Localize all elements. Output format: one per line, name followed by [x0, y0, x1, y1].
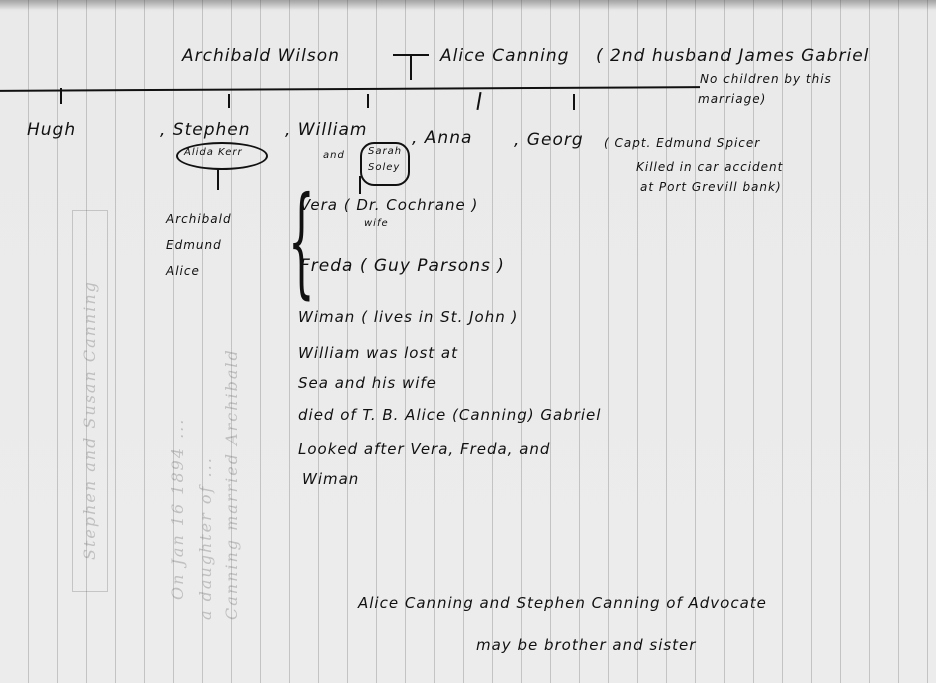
page-edge-shadow: [0, 0, 936, 10]
note-line: Sea and his wife: [298, 374, 437, 392]
child-anna: , Anna: [412, 128, 472, 148]
child-william: , William: [285, 120, 368, 140]
drop-line: [573, 94, 575, 110]
marriage-stem: [410, 54, 412, 80]
faded-text: Canning married Archibald: [222, 348, 241, 620]
father-name: Archibald Wilson: [182, 46, 340, 66]
spouse-sarah-soley: Soley: [368, 162, 400, 173]
ruled-paper: [0, 0, 936, 683]
child-hugh: Hugh: [27, 120, 76, 140]
note-line: died of T. B. Alice (Canning) Gabriel: [298, 406, 601, 424]
note-line: Looked after Vera, Freda, and: [298, 440, 550, 458]
child-stephen: , Stephen: [160, 120, 251, 140]
grandchild: Alice: [166, 264, 200, 278]
spouse-sarah-soley: Sarah: [368, 146, 402, 157]
william-child: Wiman ( lives in St. John ): [298, 308, 518, 326]
faded-text: On Jan 16 1894 ...: [168, 418, 187, 600]
grandchild: Edmund: [166, 238, 222, 252]
faded-text: Stephen and Susan Canning: [80, 280, 99, 560]
drop-line: [60, 88, 62, 104]
mother-note: ( 2nd husband James Gabriel: [596, 46, 869, 66]
william-child-note: wife: [364, 218, 389, 229]
footer-line: Alice Canning and Stephen Canning of Adv…: [358, 594, 767, 612]
and-label: and: [323, 150, 345, 161]
william-child: Freda ( Guy Parsons ): [300, 256, 505, 276]
william-descent: [359, 176, 361, 194]
mother-note: No children by this: [700, 72, 832, 86]
drop-line: [228, 94, 230, 108]
footer-line: may be brother and sister: [476, 636, 696, 654]
note-line: William was lost at: [298, 344, 458, 362]
georg-note: ( Capt. Edmund Spicer: [604, 136, 760, 150]
drop-line: [367, 94, 369, 108]
child-georg: , Georg: [514, 130, 584, 150]
georg-note: Killed in car accident: [636, 160, 783, 174]
grandchild: Archibald: [166, 212, 232, 226]
mother-note: marriage): [698, 92, 766, 106]
faded-text: a daughter of ...: [196, 456, 215, 620]
note-line: Wiman: [302, 470, 359, 488]
william-child: Vera ( Dr. Cochrane ): [300, 196, 478, 214]
stephen-descent: [217, 168, 219, 190]
georg-note: at Port Grevill bank): [640, 180, 782, 194]
spouse-alida-kerr: Alida Kerr: [184, 147, 243, 158]
mother-name: Alice Canning: [440, 46, 569, 66]
